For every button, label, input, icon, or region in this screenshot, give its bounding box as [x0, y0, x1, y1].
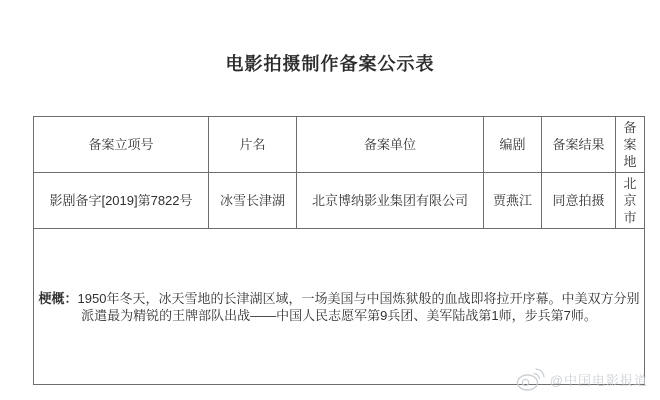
- header-film-title: 片名: [209, 117, 297, 173]
- cell-filing-location: 北京市: [616, 173, 645, 229]
- synopsis-cell: 梗概：1950年冬天，冰天雪地的长津湖区域，一场美国与中国炼狱般的血战即将拉开序…: [34, 229, 645, 385]
- synopsis-text: 1950年冬天，冰天雪地的长津湖区域，一场美国与中国炼狱般的血战即将拉开序幕。中…: [78, 291, 640, 323]
- watermark-text: @中国电影报道: [550, 370, 648, 389]
- table-row: 影剧备字[2019]第7822号 冰雪长津湖 北京博纳影业集团有限公司 贾燕江 …: [34, 173, 645, 229]
- document-page: 电影拍摄制作备案公示表 备案立项号 片名 备案单位 编剧 备案结果 备案地 影剧…: [0, 0, 660, 400]
- watermark: @中国电影报道: [516, 366, 648, 392]
- header-filing-result: 备案结果: [542, 117, 616, 173]
- synopsis-label: 梗概：: [39, 291, 78, 306]
- page-title: 电影拍摄制作备案公示表: [0, 50, 660, 76]
- cell-filing-number: 影剧备字[2019]第7822号: [34, 173, 209, 229]
- table-header-row: 备案立项号 片名 备案单位 编剧 备案结果 备案地: [34, 117, 645, 173]
- cell-film-title: 冰雪长津湖: [209, 173, 297, 229]
- header-filing-location: 备案地: [616, 117, 645, 173]
- synopsis-row: 梗概：1950年冬天，冰天雪地的长津湖区域，一场美国与中国炼狱般的血战即将拉开序…: [34, 229, 645, 385]
- header-filing-number: 备案立项号: [34, 117, 209, 173]
- cell-filing-result: 同意拍摄: [542, 173, 616, 229]
- header-screenwriter: 编剧: [484, 117, 542, 173]
- weibo-icon: [516, 366, 546, 392]
- header-filing-unit: 备案单位: [297, 117, 484, 173]
- cell-filing-unit: 北京博纳影业集团有限公司: [297, 173, 484, 229]
- cell-screenwriter: 贾燕江: [484, 173, 542, 229]
- filing-table: 备案立项号 片名 备案单位 编剧 备案结果 备案地 影剧备字[2019]第782…: [33, 116, 645, 385]
